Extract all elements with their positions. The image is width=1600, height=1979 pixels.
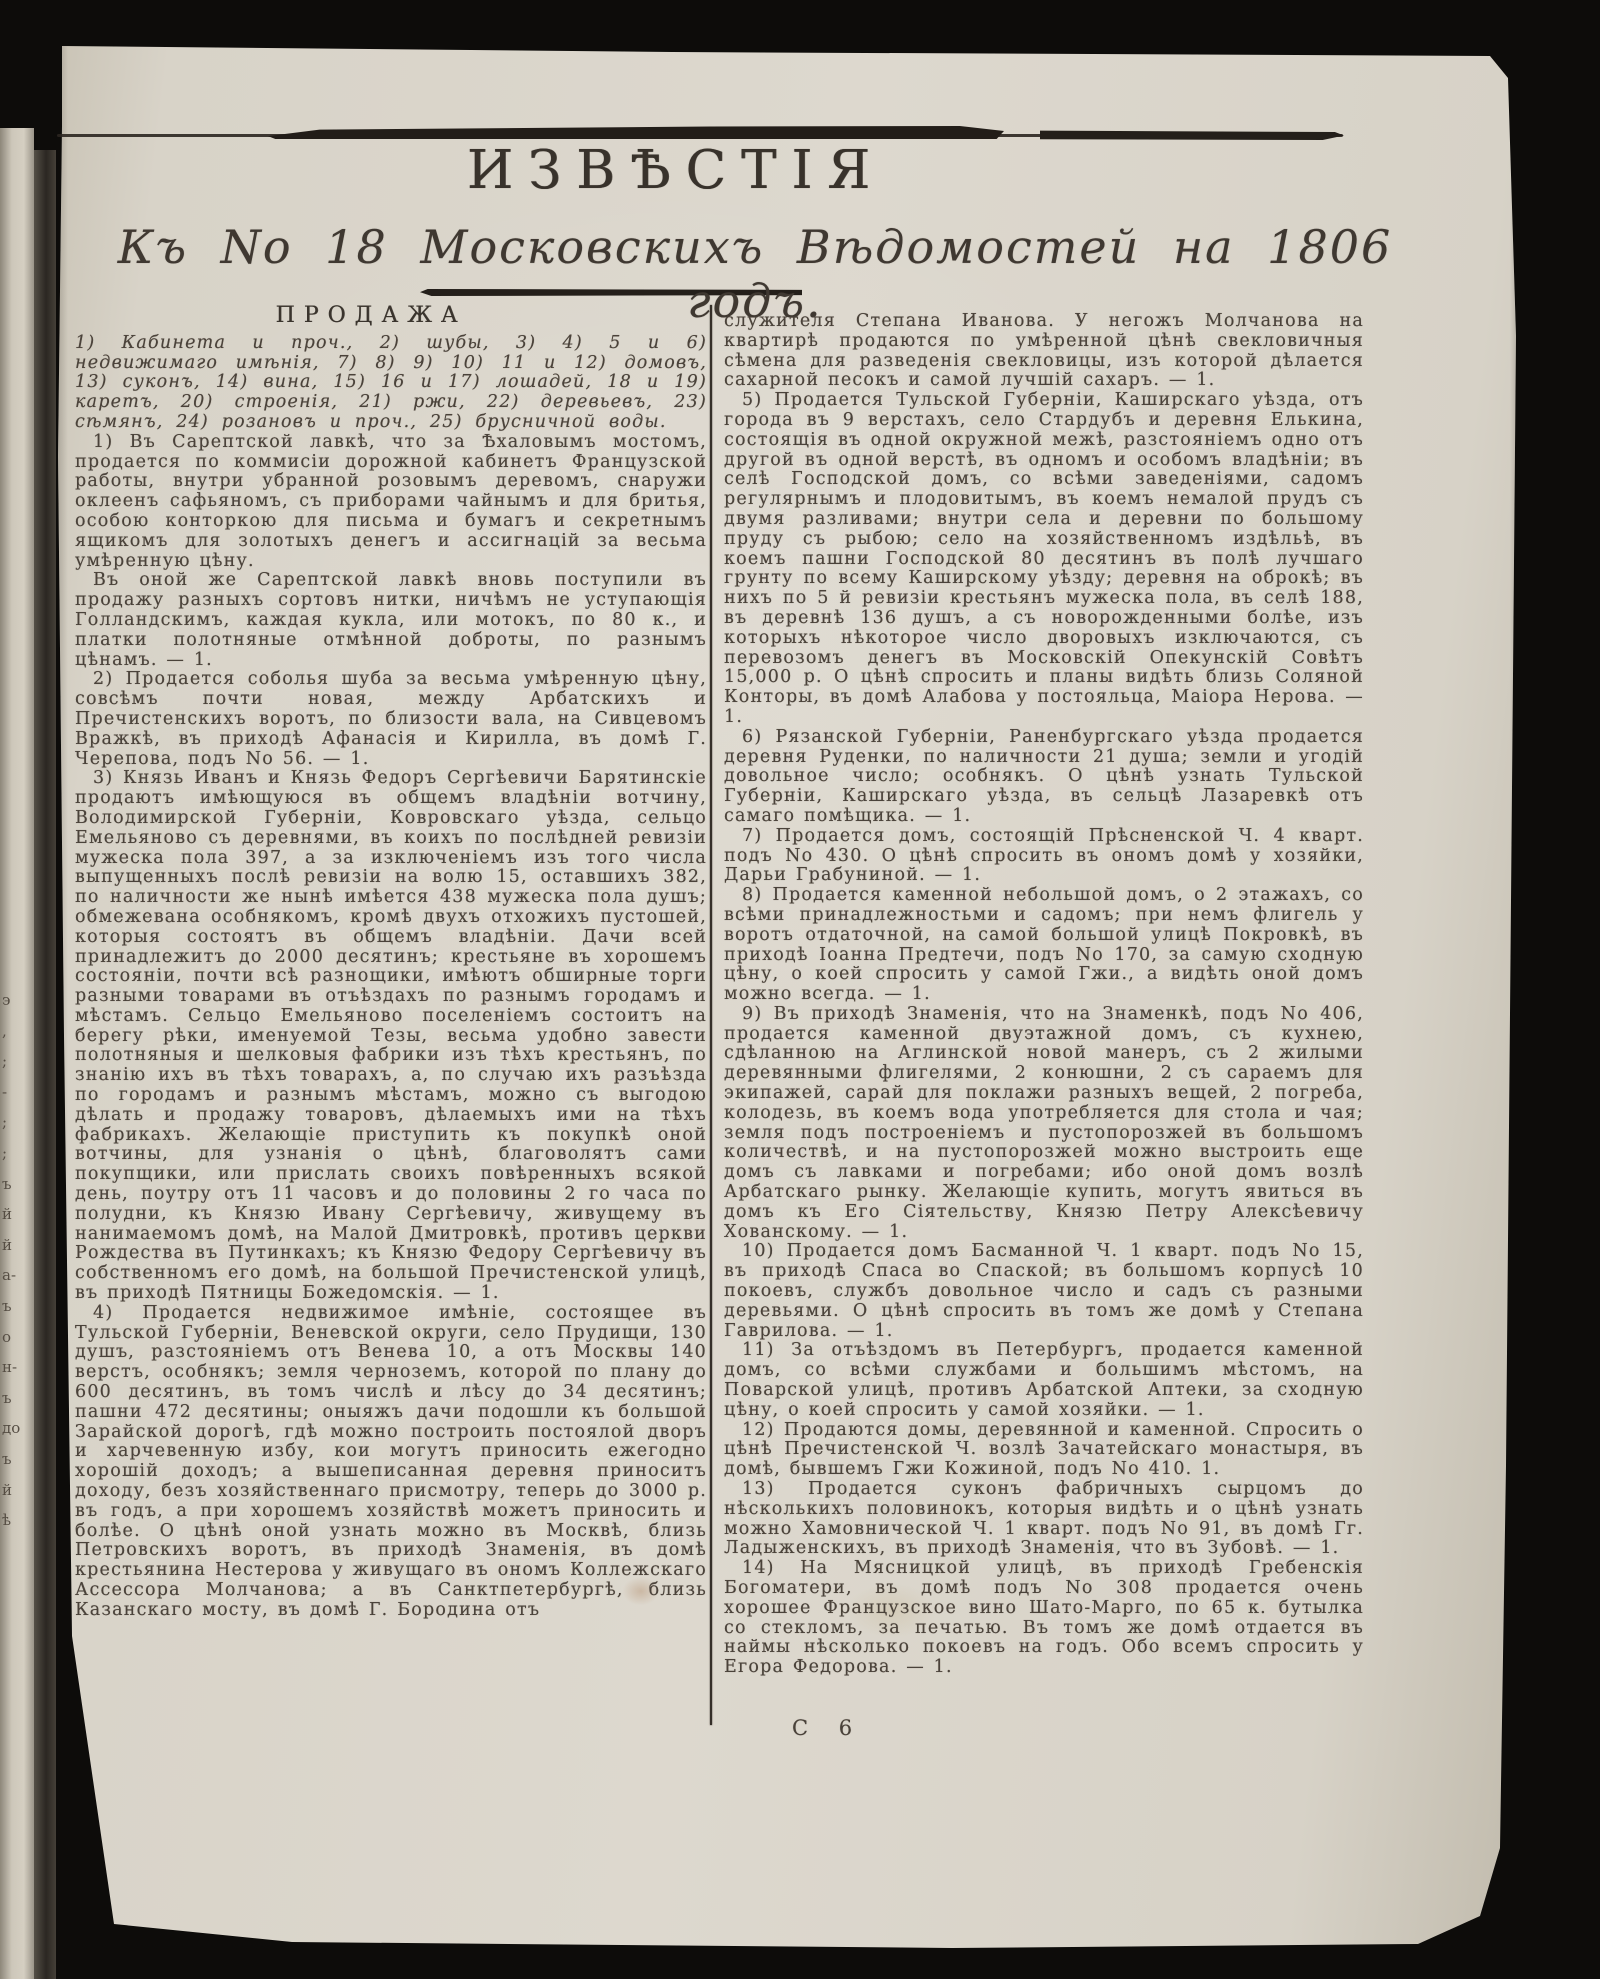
advertisement-paragraph: 12) Продаются домы, деревянной и каменно… bbox=[724, 1421, 1364, 1480]
advertisement-paragraph: Въ оной же Сарептской лавкѣ вновь поступ… bbox=[75, 571, 707, 670]
text-fragment: й bbox=[2, 1199, 32, 1230]
advertisement-paragraph: 11) За отъѣздомъ въ Петербургъ, продаетс… bbox=[724, 1341, 1364, 1420]
text-fragment: ; bbox=[2, 1138, 32, 1169]
advertisement-paragraph: 6) Рязанской Губерніи, Раненбургскаго уѣ… bbox=[724, 728, 1364, 827]
text-fragment: н- bbox=[2, 1352, 32, 1383]
section-header: ПРОДАЖА bbox=[75, 306, 667, 326]
text-fragment: ; bbox=[2, 1107, 32, 1138]
text-fragment: ѣ bbox=[2, 1505, 32, 1536]
text-fragment: ъ bbox=[2, 1383, 32, 1414]
advertisement-paragraph: 3) Князь Иванъ и Князь Федоръ Сергѣевичи… bbox=[75, 769, 707, 1304]
advertisement-paragraph: 5) Продается Тульской Губерніи, Каширска… bbox=[724, 391, 1364, 728]
text-fragment: ъ bbox=[2, 1169, 32, 1200]
advertisement-paragraph: 1) Въ Сарептской лавкѣ, что за Ѣхаловымъ… bbox=[75, 433, 707, 572]
text-fragment: ; bbox=[2, 1046, 32, 1077]
advertisement-paragraph: 7) Продается домъ, состоящій Прѣсненской… bbox=[724, 827, 1364, 886]
advertisement-paragraph: 14) На Мясницкой улицѣ, въ приходѣ Гребе… bbox=[724, 1559, 1364, 1678]
text-fragment: до bbox=[2, 1413, 32, 1444]
signature-mark: С 6 bbox=[792, 1716, 864, 1740]
text-fragment: а- bbox=[2, 1260, 32, 1291]
right-column-paragraphs: служителя Степана Иванова. У негожъ Молч… bbox=[724, 312, 1364, 1678]
facing-page-text-fragments: э,;-;;ъййа-ъон-ъдоъйѣ bbox=[2, 985, 32, 1536]
text-fragment: о bbox=[2, 1322, 32, 1353]
text-fragment: э bbox=[2, 985, 32, 1016]
right-column: служителя Степана Иванова. У негожъ Молч… bbox=[724, 312, 1364, 1678]
advertisement-paragraph: служителя Степана Иванова. У негожъ Молч… bbox=[724, 312, 1364, 391]
text-fragment: й bbox=[2, 1475, 32, 1506]
text-fragment: - bbox=[2, 1077, 32, 1108]
advertisement-paragraph: 9) Въ приходѣ Знаменія, что на Знаменкѣ,… bbox=[724, 1005, 1364, 1243]
text-fragment: , bbox=[2, 1016, 32, 1047]
left-column: ПРОДАЖА 1) Кабинета и проч., 2) шубы, 3)… bbox=[75, 306, 707, 1621]
sales-index: 1) Кабинета и проч., 2) шубы, 3) 4) 5 и … bbox=[75, 334, 707, 433]
book-gutter-crease bbox=[34, 150, 56, 1979]
left-column-paragraphs: 1) Въ Сарептской лавкѣ, что за Ѣхаловымъ… bbox=[75, 433, 707, 1621]
masthead-title: ИЗВѢСТІЯ bbox=[0, 140, 1352, 201]
text-fragment: ъ bbox=[2, 1291, 32, 1322]
advertisement-paragraph: 13) Продается суконъ фабричныхъ сырцомъ … bbox=[724, 1480, 1364, 1559]
advertisement-paragraph: 8) Продается каменной небольшой домъ, о … bbox=[724, 886, 1364, 1005]
column-divider-rule bbox=[710, 305, 712, 1725]
text-fragment: ъ bbox=[2, 1444, 32, 1475]
advertisement-paragraph: 4) Продается недвижимое имѣніе, состояще… bbox=[75, 1304, 707, 1621]
advertisement-paragraph: 2) Продается соболья шуба за весьма умѣр… bbox=[75, 670, 707, 769]
text-fragment: й bbox=[2, 1230, 32, 1261]
advertisement-paragraph: 10) Продается домъ Басманной Ч. 1 кварт.… bbox=[724, 1242, 1364, 1341]
